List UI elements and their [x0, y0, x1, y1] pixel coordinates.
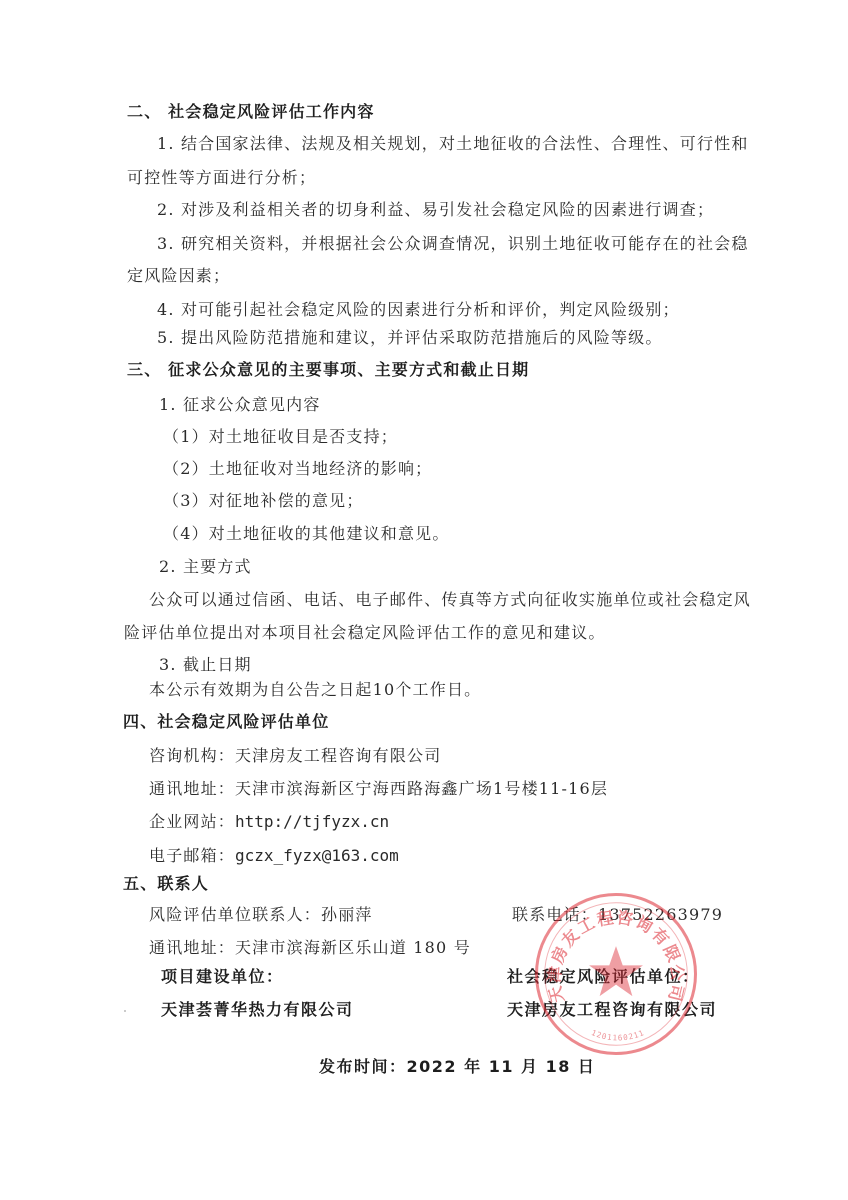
section-3-sub-2-title: 2. 主要方式 [159, 556, 252, 578]
org-address-row: 通讯地址：天津市滨海新区宁海西路海鑫广场1号楼11-16层 [149, 778, 608, 800]
org-address-label: 通讯地址： [149, 779, 235, 798]
release-date-value: 2022 年 11 月 18 日 [407, 1057, 596, 1076]
section-3-sub-3-title: 3. 截止日期 [159, 654, 252, 676]
section-3-sub-1-title: 1. 征求公众意见内容 [159, 394, 321, 416]
document-page: 二、 社会稳定风险评估工作内容 1. 结合国家法律、法规及相关规划，对土地征收的… [0, 0, 848, 1200]
consulting-org-value: 天津房友工程咨询有限公司 [235, 746, 441, 765]
section-2-item-3-line-1: 3. 研究相关资料，并根据社会公众调查情况，识别土地征收可能存在的社会稳 [157, 233, 749, 255]
contact-address-row: 通讯地址：天津市滨海新区乐山道 180 号 [149, 937, 471, 959]
builder-unit-name: 天津荟菁华热力有限公司 [161, 999, 354, 1021]
contact-phone-value: 13752263979 [598, 905, 723, 924]
seal-code-text: 1201160211 [590, 1028, 646, 1043]
section-2-item-2: 2. 对涉及利益相关者的切身利益、易引发社会稳定风险的因素进行调查； [157, 199, 714, 221]
section-3-sub-1-item-4: （4）对土地征收的其他建议和意见。 [163, 523, 450, 545]
section-2-heading: 二、 社会稳定风险评估工作内容 [127, 101, 375, 123]
section-3-sub-3-text: 本公示有效期为自公告之日起10个工作日。 [149, 679, 481, 701]
section-2-item-3-line-2: 定风险因素； [127, 265, 230, 287]
builder-unit-title: 项目建设单位： [161, 966, 284, 988]
website-row: 企业网站：http://tjfyzx.cn [149, 811, 389, 833]
email-label: 电子邮箱： [149, 846, 235, 865]
email-row: 电子邮箱：gczx_fyzx@163.com [149, 845, 399, 867]
assessment-unit-title: 社会稳定风险评估单位： [507, 966, 700, 988]
org-address-value: 天津市滨海新区宁海西路海鑫广场1号楼11-16层 [235, 779, 608, 798]
section-2-item-5: 5. 提出风险防范措施和建议，并评估采取防范措施后的风险等级。 [157, 327, 663, 349]
assessment-unit-name: 天津房友工程咨询有限公司 [507, 999, 717, 1021]
section-3-heading: 三、 征求公众意见的主要事项、主要方式和截止日期 [127, 359, 529, 381]
contact-person-value: 孙丽萍 [321, 905, 373, 924]
section-3-sub-2-line-1: 公众可以通过信函、电话、电子邮件、传真等方式向征收实施单位或社会稳定风 [149, 589, 751, 611]
svg-text:1201160211: 1201160211 [590, 1028, 646, 1043]
release-date-row: 发布时间：2022 年 11 月 18 日 [319, 1056, 595, 1078]
contact-address-label: 通讯地址： [149, 938, 235, 957]
contact-address-value: 天津市滨海新区乐山道 180 号 [235, 938, 471, 957]
email-value[interactable]: gczx_fyzx@163.com [235, 846, 399, 865]
section-3-sub-1-item-3: （3）对征地补偿的意见； [163, 490, 364, 512]
scan-speck [124, 1010, 126, 1012]
section-3-sub-1-item-2: （2）土地征收对当地经济的影响； [163, 458, 432, 480]
section-2-item-1-line-1: 1. 结合国家法律、法规及相关规划，对土地征收的合法性、合理性、可行性和 [157, 133, 749, 155]
consulting-org-row: 咨询机构：天津房友工程咨询有限公司 [149, 745, 441, 767]
consulting-org-label: 咨询机构： [149, 746, 235, 765]
section-5-heading: 五、联系人 [123, 873, 209, 895]
website-value[interactable]: http://tjfyzx.cn [235, 812, 389, 831]
contact-person-row: 风险评估单位联系人：孙丽萍 [149, 904, 373, 926]
section-2-item-4: 4. 对可能引起社会稳定风险的因素进行分析和评价，判定风险级别； [157, 299, 680, 321]
contact-phone-label: 联系电话： [512, 905, 598, 924]
website-label: 企业网站： [149, 812, 235, 831]
section-3-sub-2-line-2: 险评估单位提出对本项目社会稳定风险评估工作的意见和建议。 [124, 622, 606, 644]
section-2-item-1-line-2: 可控性等方面进行分析； [127, 167, 316, 189]
release-date-label: 发布时间： [319, 1057, 407, 1076]
contact-person-label: 风险评估单位联系人： [149, 905, 321, 924]
section-3-sub-1-item-1: （1）对土地征收目是否支持； [163, 426, 398, 448]
section-4-heading: 四、社会稳定风险评估单位 [123, 711, 329, 733]
contact-phone-row: 联系电话：13752263979 [512, 904, 723, 926]
